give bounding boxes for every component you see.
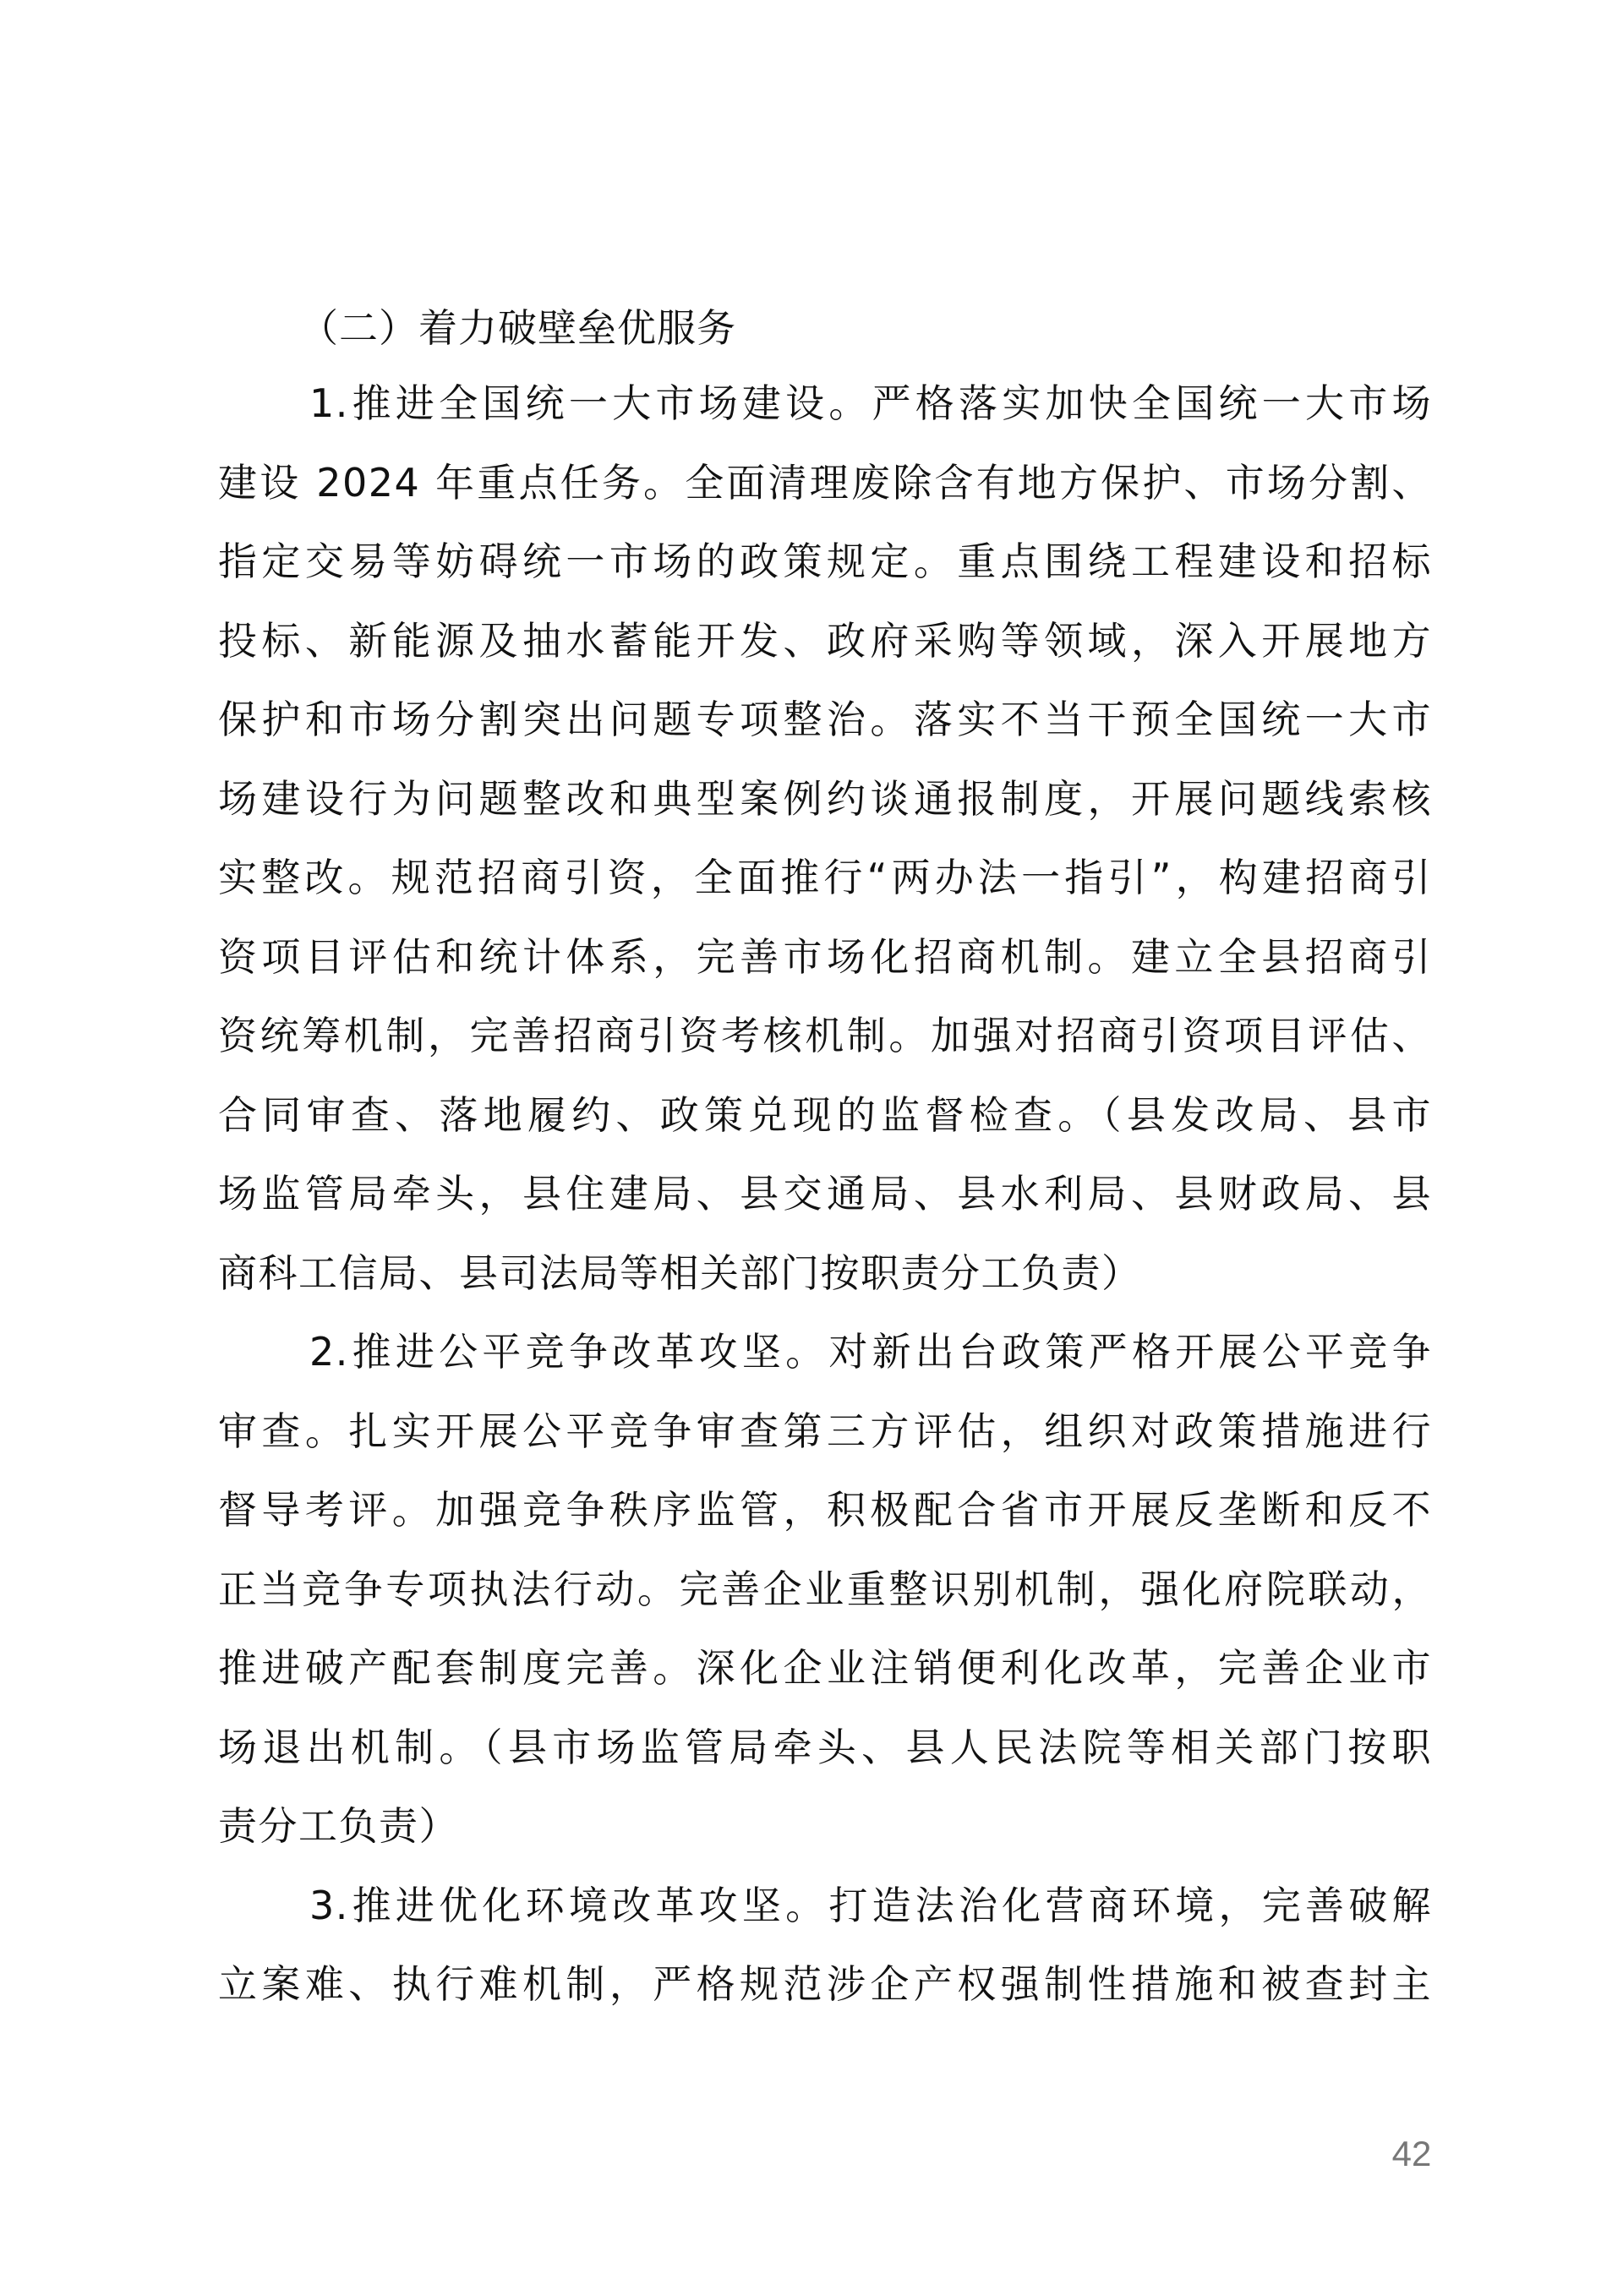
section-heading: （二）着力破壁垒优服务: [218, 292, 1432, 364]
paragraph-line: 2.推进公平竞争改革攻坚。对新出台政策严格开展公平竞争: [218, 1313, 1432, 1392]
paragraph-line: 合同审查、落地履约、政策兑现的监督检查。（县发改局、县市: [218, 1076, 1432, 1156]
paragraph-line: 立案难、执行难机制，严格规范涉企产权强制性措施和被查封主: [218, 1945, 1432, 2025]
paragraph-line: 指定交易等妨碍统一市场的政策规定。重点围绕工程建设和招标: [218, 522, 1432, 602]
paragraph-line: 建设 2024 年重点任务。全面清理废除含有地方保护、市场分割、: [218, 444, 1432, 523]
paragraph-line: 督导考评。加强竞争秩序监管，积极配合省市开展反垄断和反不: [218, 1471, 1432, 1550]
paragraph-line: 审查。扎实开展公平竞争审查第三方评估，组织对政策措施进行: [218, 1392, 1432, 1472]
paragraph-line: 推进破产配套制度完善。深化企业注销便利化改革，完善企业市: [218, 1629, 1432, 1708]
document-page: （二）着力破壁垒优服务 1.推进全国统一大市场建设。严格落实加快全国统一大市场 …: [218, 292, 1432, 2025]
paragraph-line: 保护和市场分割突出问题专项整治。落实不当干预全国统一大市: [218, 681, 1432, 760]
paragraph-line: 责分工负责）: [218, 1787, 1432, 1867]
paragraph-line: 投标、新能源及抽水蓄能开发、政府采购等领域，深入开展地方: [218, 602, 1432, 681]
paragraph-line: 场退出机制。（县市场监管局牵头、县人民法院等相关部门按职: [218, 1708, 1432, 1788]
paragraph-line: 正当竞争专项执法行动。完善企业重整识别机制，强化府院联动，: [218, 1550, 1432, 1630]
paragraph-line: 1.推进全国统一大市场建设。严格落实加快全国统一大市场: [218, 364, 1432, 444]
paragraph-line: 商科工信局、县司法局等相关部门按职责分工负责）: [218, 1234, 1432, 1314]
paragraph-1: 1.推进全国统一大市场建设。严格落实加快全国统一大市场 建设 2024 年重点任…: [218, 364, 1432, 1313]
paragraph-line: 资项目评估和统计体系，完善市场化招商机制。建立全县招商引: [218, 918, 1432, 998]
paragraph-line: 实整改。规范招商引资，全面推行“两办法一指引”，构建招商引: [218, 839, 1432, 918]
paragraph-line: 场监管局牵头，县住建局、县交通局、县水利局、县财政局、县: [218, 1155, 1432, 1234]
paragraph-2: 2.推进公平竞争改革攻坚。对新出台政策严格开展公平竞争 审查。扎实开展公平竞争审…: [218, 1313, 1432, 1867]
paragraph-line: 资统筹机制，完善招商引资考核机制。加强对招商引资项目评估、: [218, 997, 1432, 1076]
paragraph-3: 3.推进优化环境改革攻坚。打造法治化营商环境，完善破解 立案难、执行难机制，严格…: [218, 1867, 1432, 2025]
paragraph-line: 3.推进优化环境改革攻坚。打造法治化营商环境，完善破解: [218, 1867, 1432, 1946]
page-number: 42: [1369, 2134, 1454, 2174]
paragraph-line: 场建设行为问题整改和典型案例约谈通报制度，开展问题线索核: [218, 760, 1432, 839]
